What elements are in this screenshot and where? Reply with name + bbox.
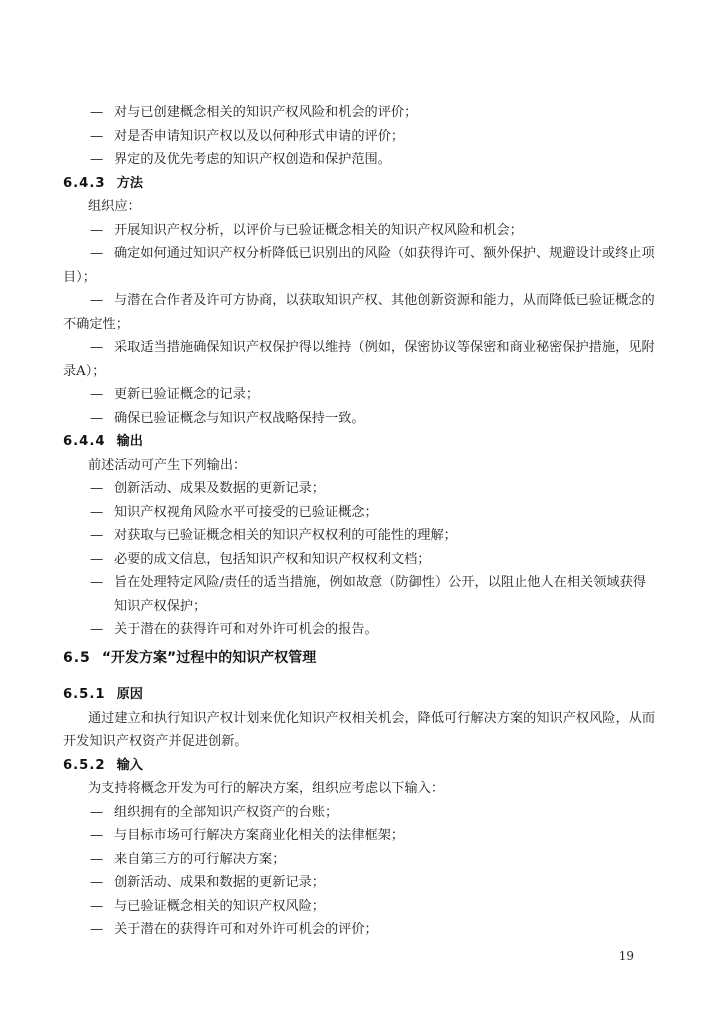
list-item-text: 关于潜在的获得许可和对外许可机会的评价； <box>114 918 378 942</box>
continuation-line: 目）； <box>63 266 657 290</box>
list-item: —与目标市场可行解决方案商业化相关的法律框架； <box>63 824 657 848</box>
list-item-text: 创新活动、成果和数据的更新记录； <box>114 871 325 895</box>
list-item-text: 关于潜在的获得许可和对外许可机会的报告。 <box>114 618 378 642</box>
list-item: —关于潜在的获得许可和对外许可机会的报告。 <box>63 618 657 642</box>
document-body: —对与已创建概念相关的知识产权风险和机会的评价；—对是否申请知识产权以及以何种形… <box>63 101 657 942</box>
continuation-line: 录A）； <box>63 360 657 384</box>
continuation-line: 开发知识产权资产并促进创新。 <box>63 730 657 754</box>
section-number: 6.5.1 <box>63 687 106 702</box>
list-item: —创新活动、成果和数据的更新记录； <box>63 871 657 895</box>
dash-marker: — <box>90 101 114 125</box>
list-item-text: 与已验证概念相关的知识产权风险； <box>114 895 325 919</box>
section-heading: 6.5.2输入 <box>63 754 657 778</box>
dash-marker: — <box>90 289 114 313</box>
section-heading: 6.4.4输出 <box>63 430 657 454</box>
list-item-text: 确定如何通过知识产权分析降低已识别出的风险（如获得许可、额外保护、规避设计或终止… <box>114 242 655 266</box>
section-number: 6.5 <box>63 650 91 666</box>
list-item-text: 确保已验证概念与知识产权战略保持一致。 <box>114 407 365 431</box>
page-number: 19 <box>619 948 634 964</box>
list-item: —确保已验证概念与知识产权战略保持一致。 <box>63 407 657 431</box>
list-item-text: 必要的成文信息，包括知识产权和知识产权权利文档； <box>114 548 431 572</box>
list-item-text: 对与已创建概念相关的知识产权风险和机会的评价； <box>114 101 417 125</box>
section-number: 6.5.2 <box>63 758 106 773</box>
section-title: “开发方案”过程中的知识产权管理 <box>102 650 316 666</box>
paragraph: 组织应： <box>63 195 657 219</box>
list-item: —开展知识产权分析，以评价与已验证概念相关的知识产权风险和机会； <box>63 219 657 243</box>
document-page: —对与已创建概念相关的知识产权风险和机会的评价；—对是否申请知识产权以及以何种形… <box>0 0 720 1018</box>
dash-marker: — <box>90 383 114 407</box>
list-item-text: 界定的及优先考虑的知识产权创造和保护范围。 <box>114 148 391 172</box>
list-item-text: 与目标市场可行解决方案商业化相关的法律框架； <box>114 824 404 848</box>
list-item: —对是否申请知识产权以及以何种形式申请的评价； <box>63 125 657 149</box>
list-item-text: 知识产权视角风险水平可接受的已验证概念； <box>114 501 378 525</box>
continuation-line: 不确定性； <box>63 313 657 337</box>
dash-marker: — <box>90 571 114 595</box>
list-item: —旨在处理特定风险/责任的适当措施，例如故意（防御性）公开，以阻止他人在相关领域… <box>63 571 657 595</box>
list-item: —必要的成文信息，包括知识产权和知识产权权利文档； <box>63 548 657 572</box>
dash-marker: — <box>90 477 114 501</box>
section-number: 6.4.3 <box>63 176 106 191</box>
dash-marker: — <box>90 895 114 919</box>
list-item: —知识产权视角风险水平可接受的已验证概念； <box>63 501 657 525</box>
dash-marker: — <box>90 148 114 172</box>
dash-marker: — <box>90 824 114 848</box>
dash-marker: — <box>90 848 114 872</box>
list-item-text: 旨在处理特定风险/责任的适当措施，例如故意（防御性）公开，以阻止他人在相关领域获… <box>114 571 646 595</box>
section-title: 输入 <box>117 758 143 773</box>
list-item: —组织拥有的全部知识产权资产的台账； <box>63 801 657 825</box>
dash-marker: — <box>90 871 114 895</box>
list-item-text: 更新已验证概念的记录； <box>114 383 259 407</box>
paragraph: 为支持将概念开发为可行的解决方案，组织应考虑以下输入： <box>63 777 657 801</box>
paragraph: 通过建立和执行知识产权计划来优化知识产权相关机会，降低可行解决方案的知识产权风险… <box>63 707 657 731</box>
dash-marker: — <box>90 618 114 642</box>
list-item: —界定的及优先考虑的知识产权创造和保护范围。 <box>63 148 657 172</box>
dash-marker: — <box>90 918 114 942</box>
section-number: 6.4.4 <box>63 434 106 449</box>
list-item: —对与已创建概念相关的知识产权风险和机会的评价； <box>63 101 657 125</box>
dash-marker: — <box>90 407 114 431</box>
section-heading: 6.4.3方法 <box>63 172 657 196</box>
dash-marker: — <box>90 524 114 548</box>
dash-marker: — <box>90 219 114 243</box>
section-title: 输出 <box>117 434 143 449</box>
list-item: —对获取与已验证概念相关的知识产权权利的可能性的理解； <box>63 524 657 548</box>
dash-marker: — <box>90 548 114 572</box>
paragraph: 前述活动可产生下列输出： <box>63 454 657 478</box>
list-item: —与已验证概念相关的知识产权风险； <box>63 895 657 919</box>
list-item: —创新活动、成果及数据的更新记录； <box>63 477 657 501</box>
list-item: —与潜在合作者及许可方协商，以获取知识产权、其他创新资源和能力，从而降低已验证概… <box>63 289 657 313</box>
list-item-text: 创新活动、成果及数据的更新记录； <box>114 477 325 501</box>
dash-marker: — <box>90 501 114 525</box>
section-heading: 6.5.1原因 <box>63 683 657 707</box>
list-item-text: 开展知识产权分析，以评价与已验证概念相关的知识产权风险和机会； <box>114 219 523 243</box>
continuation-line: 知识产权保护； <box>63 595 657 619</box>
list-item-text: 组织拥有的全部知识产权资产的台账； <box>114 801 338 825</box>
dash-marker: — <box>90 801 114 825</box>
list-item-text: 来自第三方的可行解决方案； <box>114 848 285 872</box>
section-title: 方法 <box>117 176 143 191</box>
list-item: —更新已验证概念的记录； <box>63 383 657 407</box>
section-heading: 6.5“开发方案”过程中的知识产权管理 <box>63 647 657 671</box>
dash-marker: — <box>90 336 114 360</box>
list-item-text: 采取适当措施确保知识产权保护得以维持（例如，保密协议等保密和商业秘密保护措施，见… <box>114 336 655 360</box>
list-item: —关于潜在的获得许可和对外许可机会的评价； <box>63 918 657 942</box>
list-item: —采取适当措施确保知识产权保护得以维持（例如，保密协议等保密和商业秘密保护措施，… <box>63 336 657 360</box>
list-item-text: 对是否申请知识产权以及以何种形式申请的评价； <box>114 125 404 149</box>
list-item-text: 与潜在合作者及许可方协商，以获取知识产权、其他创新资源和能力，从而降低已验证概念… <box>114 289 655 313</box>
dash-marker: — <box>90 242 114 266</box>
list-item: —确定如何通过知识产权分析降低已识别出的风险（如获得许可、额外保护、规避设计或终… <box>63 242 657 266</box>
list-item: —来自第三方的可行解决方案； <box>63 848 657 872</box>
dash-marker: — <box>90 125 114 149</box>
section-title: 原因 <box>117 687 143 702</box>
list-item-text: 对获取与已验证概念相关的知识产权权利的可能性的理解； <box>114 524 457 548</box>
